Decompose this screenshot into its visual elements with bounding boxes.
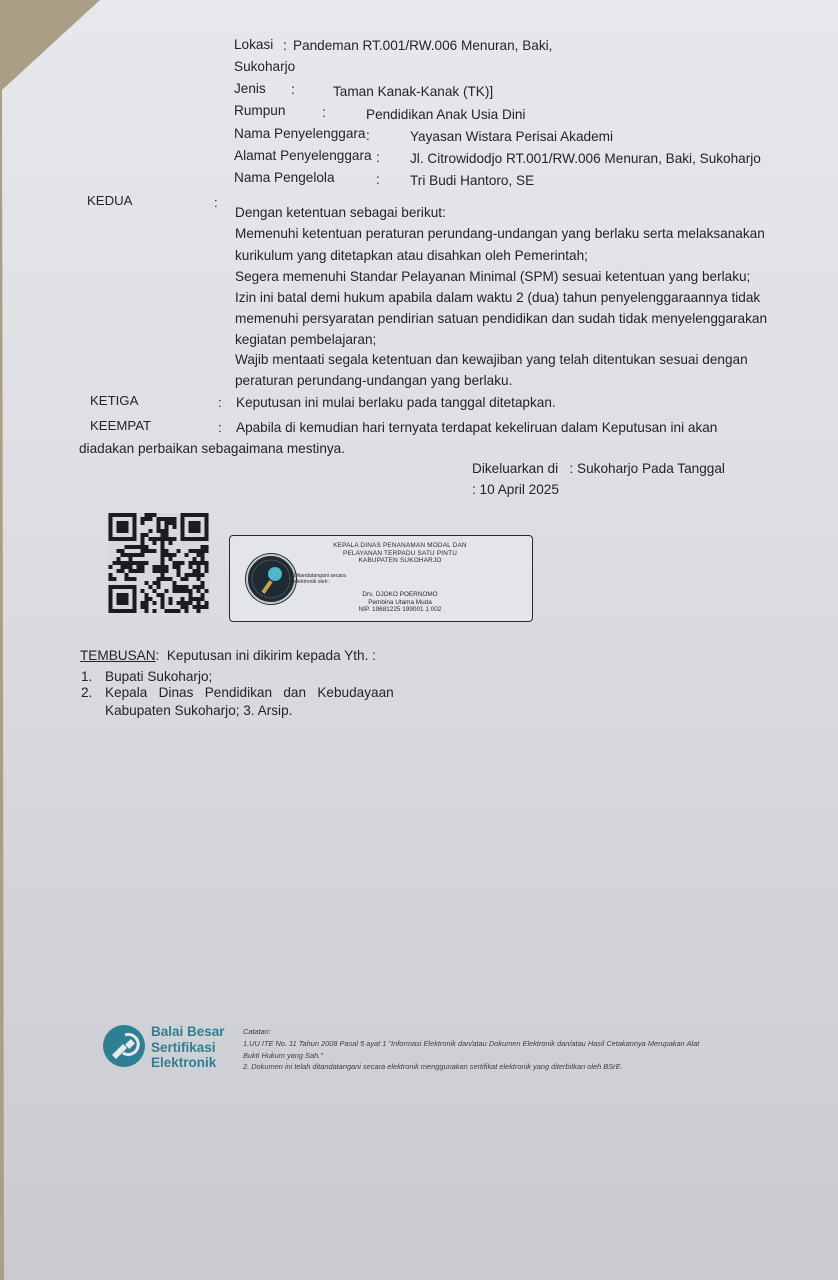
nama-penyelenggara-value: Yayasan Wistara Perisai Akademi	[410, 130, 613, 144]
tembusan-item-num: 2.	[81, 686, 92, 700]
bsre-name: Balai Besar Sertifikasi Elektronik	[151, 1024, 225, 1071]
kedua-line: Wajib mentaati segala ketentuan dan kewa…	[235, 353, 748, 367]
ketiga-sep: :	[218, 396, 222, 409]
jenis-sep: :	[291, 83, 295, 97]
keempat-sep: :	[218, 421, 222, 434]
note-line: 2. Dokumen ini telah ditandatangani seca…	[243, 1063, 623, 1070]
rumpun-value: Pendidikan Anak Usia Dini	[366, 108, 525, 122]
notes-title: Catatan:	[243, 1028, 271, 1035]
keempat-label: KEEMPAT	[90, 419, 151, 432]
kedua-sep: :	[214, 196, 218, 209]
note-line: 1.UU ITE No. 11 Tahun 2008 Pasal 5 ayat …	[243, 1040, 699, 1047]
kedua-line: Segera memenuhi Standar Pelayanan Minima…	[235, 270, 750, 284]
document-page: Lokasi : Pandeman RT.001/RW.006 Menuran,…	[0, 0, 838, 1280]
nama-pengelola-value: Tri Budi Hantoro, SE	[410, 174, 534, 188]
signatory-nip: NIP. 19681225 199001 1 002	[290, 606, 510, 614]
jenis-label: Jenis	[234, 82, 266, 96]
kedua-line: peraturan perundang-undangan yang berlak…	[235, 374, 512, 388]
tembusan-item-text: Bupati Sukoharjo;	[105, 670, 212, 684]
bsre-name-line: Balai Besar	[151, 1024, 225, 1040]
kedua-line: memenuhi persyaratan pendirian satuan pe…	[235, 312, 767, 326]
alamat-penyelenggara-label: Alamat Penyelenggara	[234, 149, 372, 163]
kedua-line: Memenuhi ketentuan peraturan perundang-u…	[235, 227, 765, 241]
signatory-rank: Pembina Utama Muda	[290, 599, 510, 607]
signatory-name: Drs. DJOKO POERNOMO	[290, 591, 510, 599]
nama-pengelola-sep: :	[376, 173, 380, 187]
signed-by-line: elektronik oleh :	[294, 579, 354, 585]
alamat-penyelenggara-sep: :	[376, 151, 380, 165]
kedua-line: Izin ini batal demi hukum apabila dalam …	[235, 291, 760, 305]
jenis-value: Taman Kanak-Kanak (TK)]	[333, 85, 493, 99]
lokasi-value: Pandeman RT.001/RW.006 Menuran, Baki,	[293, 39, 552, 53]
nama-pengelola-label: Nama Pengelola	[234, 171, 335, 185]
tembusan-intro: : Keputusan ini dikirim kepada Yth. :	[156, 648, 376, 663]
signature-office-line: PELAYANAN TERPADU SATU PINTU	[290, 550, 510, 558]
tembusan-item-text-cont: Kabupaten Sukoharjo; 3. Arsip.	[105, 704, 292, 718]
bsre-seal-icon	[246, 554, 296, 604]
bsre-name-line: Sertifikasi	[151, 1040, 225, 1056]
lokasi-sep: :	[283, 39, 287, 53]
bsre-logo-icon	[103, 1025, 145, 1067]
signature-signed-by: Ditandatangani secara elektronik oleh :	[294, 573, 354, 585]
rumpun-label: Rumpun	[234, 104, 285, 118]
qr-code	[107, 513, 210, 613]
ketiga-text: Keputusan ini mulai berlaku pada tanggal…	[236, 396, 556, 410]
kedua-line: kegiatan pembelajaran;	[235, 333, 376, 347]
kedua-label: KEDUA	[87, 194, 132, 207]
tembusan-item-num: 1.	[81, 670, 92, 684]
kedua-line: Dengan ketentuan sebagai berikut:	[235, 206, 446, 220]
ketiga-label: KETIGA	[90, 394, 138, 407]
kedua-line: kurikulum yang ditetapkan atau disahkan …	[235, 249, 588, 263]
signatory: Drs. DJOKO POERNOMO Pembina Utama Muda N…	[290, 591, 510, 614]
signature-office: KEPALA DINAS PENANAMAN MODAL DAN PELAYAN…	[290, 542, 510, 565]
note-line: Bukti Hukum yang Sah."	[243, 1052, 323, 1059]
keempat-text-cont: diadakan perbaikan sebagaimana mestinya.	[79, 442, 345, 456]
bsre-name-line: Elektronik	[151, 1055, 225, 1071]
lokasi-value-cont: Sukoharjo	[234, 60, 295, 74]
nama-penyelenggara-sep: :	[366, 129, 370, 143]
tembusan-item-text: Kepala Dinas Pendidikan dan Kebudayaan	[105, 686, 394, 700]
signature-office-line: KEPALA DINAS PENANAMAN MODAL DAN	[290, 542, 510, 550]
keempat-text: Apabila di kemudian hari ternyata terdap…	[236, 421, 717, 435]
alamat-penyelenggara-value: Jl. Citrowidodjo RT.001/RW.006 Menuran, …	[410, 152, 761, 166]
tembusan-heading: TEMBUSAN: Keputusan ini dikirim kepada Y…	[80, 649, 376, 663]
issued-date: : 10 April 2025	[472, 483, 559, 497]
nama-penyelenggara-label: Nama Penyelenggara	[234, 127, 366, 141]
rumpun-sep: :	[322, 106, 326, 120]
electronic-signature-box: KEPALA DINAS PENANAMAN MODAL DAN PELAYAN…	[229, 535, 533, 622]
lokasi-label: Lokasi	[234, 38, 273, 52]
signature-office-line: KABUPATEN SUKOHARJO	[290, 557, 510, 565]
tembusan-label: TEMBUSAN	[80, 648, 156, 663]
issued-place: Dikeluarkan di : Sukoharjo Pada Tanggal	[472, 462, 725, 476]
